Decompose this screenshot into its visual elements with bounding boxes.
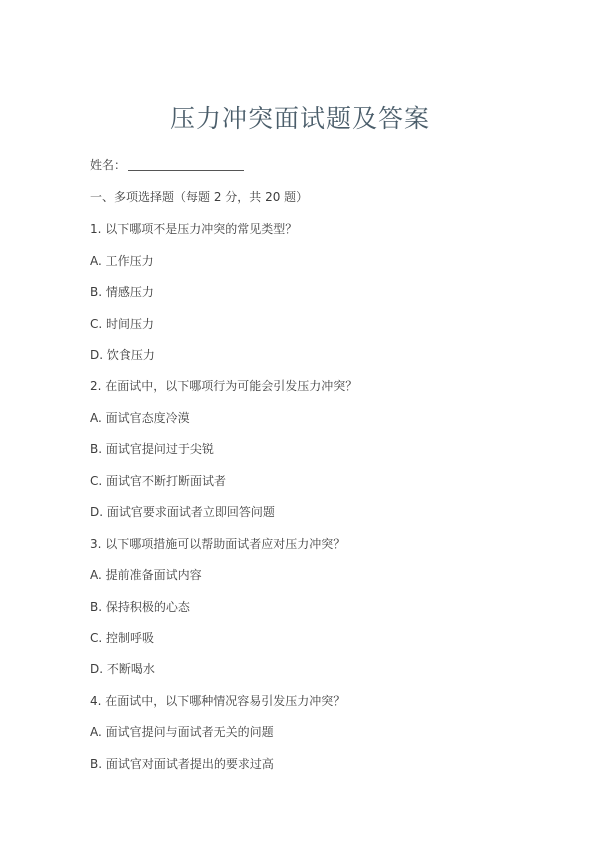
q2-option-c: C. 面试官不断打断面试者: [90, 472, 226, 489]
name-label: 姓名：: [90, 158, 126, 172]
q4-option-b: B. 面试官对面试者提出的要求过高: [90, 755, 274, 772]
q1-option-a: A. 工作压力: [90, 252, 154, 269]
q1-option-b: B. 情感压力: [90, 283, 154, 300]
q3-option-c: C. 控制呼吸: [90, 629, 154, 646]
q2-option-d: D. 面试官要求面试者立即回答问题: [90, 503, 275, 520]
question-1: 1. 以下哪项不是压力冲突的常见类型？: [90, 220, 297, 237]
q2-option-b: B. 面试官提问过于尖锐: [90, 440, 214, 457]
question-2: 2. 在面试中，以下哪项行为可能会引发压力冲突？: [90, 377, 357, 394]
q1-option-d: D. 饮食压力: [90, 346, 155, 363]
q3-option-b: B. 保持积极的心态: [90, 598, 190, 615]
section-heading: 一、多项选择题（每题 2 分，共 20 题）: [90, 188, 308, 205]
q1-option-c: C. 时间压力: [90, 315, 154, 332]
question-4: 4. 在面试中，以下哪种情况容易引发压力冲突？: [90, 692, 345, 709]
q4-option-a: A. 面试官提问与面试者无关的问题: [90, 723, 274, 740]
q3-option-a: A. 提前准备面试内容: [90, 566, 202, 583]
question-3: 3. 以下哪项措施可以帮助面试者应对压力冲突？: [90, 535, 345, 552]
name-blank-line[interactable]: [128, 170, 244, 171]
q2-option-a: A. 面试官态度冷漠: [90, 409, 190, 426]
document-title: 压力冲突面试题及答案: [0, 99, 600, 135]
name-field: 姓名：: [90, 156, 244, 173]
q3-option-d: D. 不断喝水: [90, 660, 155, 677]
